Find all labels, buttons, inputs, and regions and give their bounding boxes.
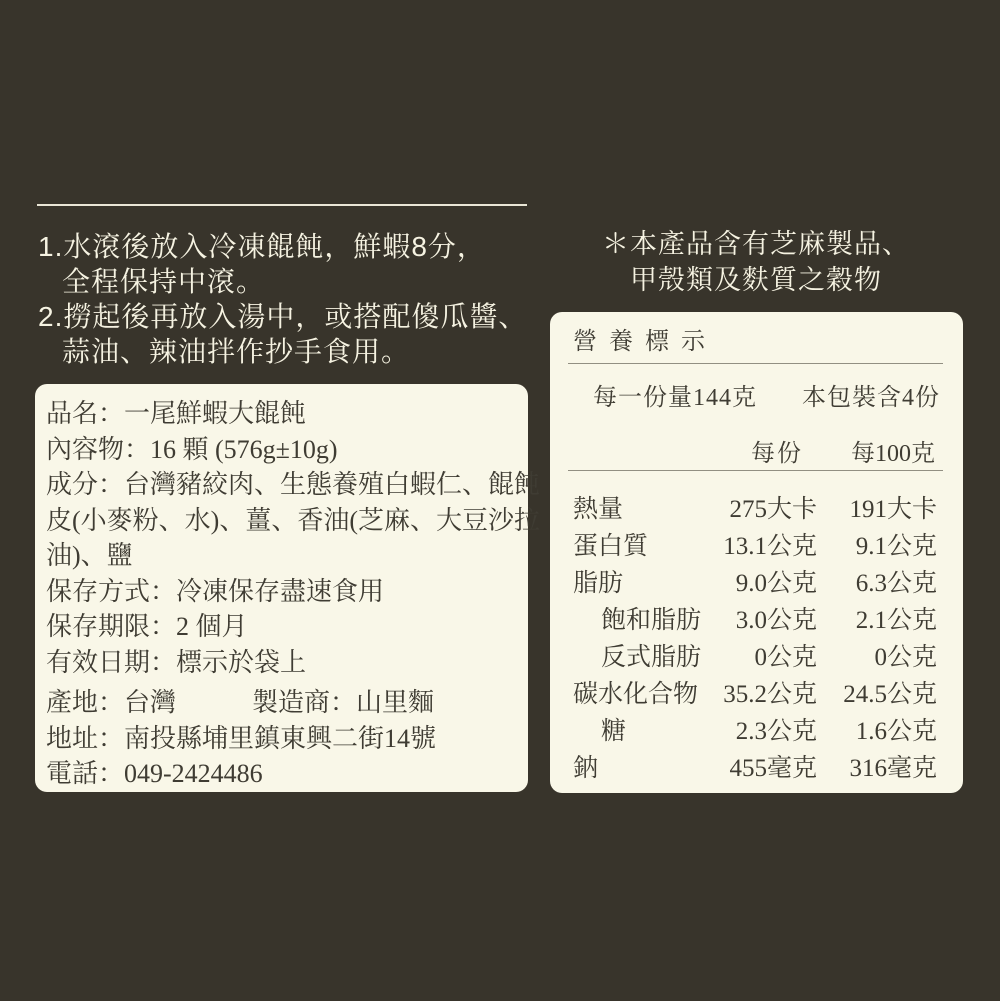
nutrient-label: 碳水化合物: [573, 681, 698, 708]
per-100g-value: 6.3公克: [856, 565, 937, 602]
nutrition-title: 營養標示: [550, 312, 963, 356]
serving-info-row: 每一份量144克 本包裝含4份: [550, 377, 963, 412]
nutrition-divider-2: [568, 470, 943, 471]
nutrition-panel: 營養標示 每一份量144克 本包裝含4份 每份 每100克 熱量 275大卡 1…: [550, 312, 963, 793]
ingredients-line-3: 油)、鹽: [46, 538, 528, 574]
address-line: 地址：南投縣埔里鎮東興二街14號: [46, 721, 528, 757]
nutrient-label: 糖: [573, 718, 626, 745]
col-header-per-100g: 每100克: [851, 433, 935, 468]
per-100g-value: 0公克: [874, 639, 937, 676]
product-name-line: 品名：一尾鮮蝦大餛飩: [46, 396, 528, 432]
instruction-line-2: 全程保持中滾。: [38, 264, 527, 299]
nutrient-label: 脂肪: [573, 570, 623, 597]
per-serving-value: 2.3公克: [736, 713, 817, 750]
per-serving-value: 275大卡: [729, 491, 817, 528]
per-serving-value: 35.2公克: [723, 676, 817, 713]
serving-size-text: 每一份量144克: [593, 377, 757, 412]
storage-method-line: 保存方式：冷凍保存盡速食用: [46, 574, 528, 610]
origin-text: 產地：台灣: [46, 688, 176, 717]
nutrition-row-fat: 脂肪 9.0公克 6.3公克: [550, 565, 963, 602]
ingredients-line-1: 成分：台灣豬絞肉、生態養殖白蝦仁、餛飩: [46, 467, 528, 503]
nutrition-row-sugar: 糖 2.3公克 1.6公克: [550, 713, 963, 750]
nutrient-label: 蛋白質: [573, 533, 648, 560]
nutrient-label: 飽和脂肪: [573, 607, 701, 634]
nutrient-label: 鈉: [573, 755, 598, 782]
col-header-per-serving: 每份: [751, 433, 803, 468]
per-100g-value: 24.5公克: [843, 676, 937, 713]
per-serving-value: 455毫克: [729, 750, 817, 787]
per-serving-value: 13.1公克: [723, 528, 817, 565]
per-serving-value: 3.0公克: [736, 602, 817, 639]
product-info-panel: 品名：一尾鮮蝦大餛飩 內容物：16 顆 (576g±10g) 成分：台灣豬絞肉、…: [35, 384, 528, 792]
origin-manufacturer-line: 產地：台灣製造商：山里麵: [46, 685, 528, 721]
section-divider-line: [37, 204, 527, 206]
instruction-line-3: 2.撈起後再放入湯中，或搭配傻瓜醬、: [38, 299, 527, 334]
allergen-notice: ＊本產品含有芝麻製品、 甲殼類及麩質之穀物: [548, 226, 964, 298]
nutrition-row-trans-fat: 反式脂肪 0公克 0公克: [550, 639, 963, 676]
per-100g-value: 9.1公克: [856, 528, 937, 565]
nutrition-row-calories: 熱量 275大卡 191大卡: [550, 491, 963, 528]
expiry-date-line: 有效日期：標示於袋上: [46, 645, 528, 681]
shelf-life-line: 保存期限：2 個月: [46, 609, 528, 645]
nutrition-divider-1: [568, 363, 943, 364]
nutrition-row-saturated-fat: 飽和脂肪 3.0公克 2.1公克: [550, 602, 963, 639]
allergen-line-2: 甲殼類及麩質之穀物: [548, 262, 964, 298]
manufacturer-text: 製造商：山里麵: [252, 688, 434, 717]
nutrition-row-protein: 蛋白質 13.1公克 9.1公克: [550, 528, 963, 565]
per-100g-value: 1.6公克: [856, 713, 937, 750]
per-100g-value: 316毫克: [849, 750, 937, 787]
instruction-line-1: 1.水滾後放入冷凍餛飩，鮮蝦8分，: [38, 229, 527, 264]
nutrient-label: 熱量: [573, 496, 623, 523]
nutrition-row-sodium: 鈉 455毫克 316毫克: [550, 750, 963, 787]
column-header-row: 每份 每100克: [550, 433, 963, 463]
instruction-line-4: 蒜油、辣油拌作抄手食用。: [38, 334, 527, 369]
per-100g-value: 191大卡: [849, 491, 937, 528]
per-serving-value: 9.0公克: [736, 565, 817, 602]
allergen-line-1: ＊本產品含有芝麻製品、: [548, 226, 964, 262]
net-content-line: 內容物：16 顆 (576g±10g): [46, 432, 528, 468]
nutrition-row-carbohydrate: 碳水化合物 35.2公克 24.5公克: [550, 676, 963, 713]
cooking-instructions: 1.水滾後放入冷凍餛飩，鮮蝦8分， 全程保持中滾。 2.撈起後再放入湯中，或搭配…: [38, 229, 527, 369]
per-100g-value: 2.1公克: [856, 602, 937, 639]
servings-per-pack-text: 本包裝含4份: [802, 377, 940, 412]
ingredients-line-2: 皮(小麥粉、水)、薑、香油(芝麻、大豆沙拉: [46, 503, 528, 539]
nutrition-table: 熱量 275大卡 191大卡 蛋白質 13.1公克 9.1公克 脂肪 9.0公克…: [550, 491, 963, 787]
phone-line: 電話：049-2424486: [46, 756, 528, 792]
nutrient-label: 反式脂肪: [573, 644, 701, 671]
per-serving-value: 0公克: [754, 639, 817, 676]
